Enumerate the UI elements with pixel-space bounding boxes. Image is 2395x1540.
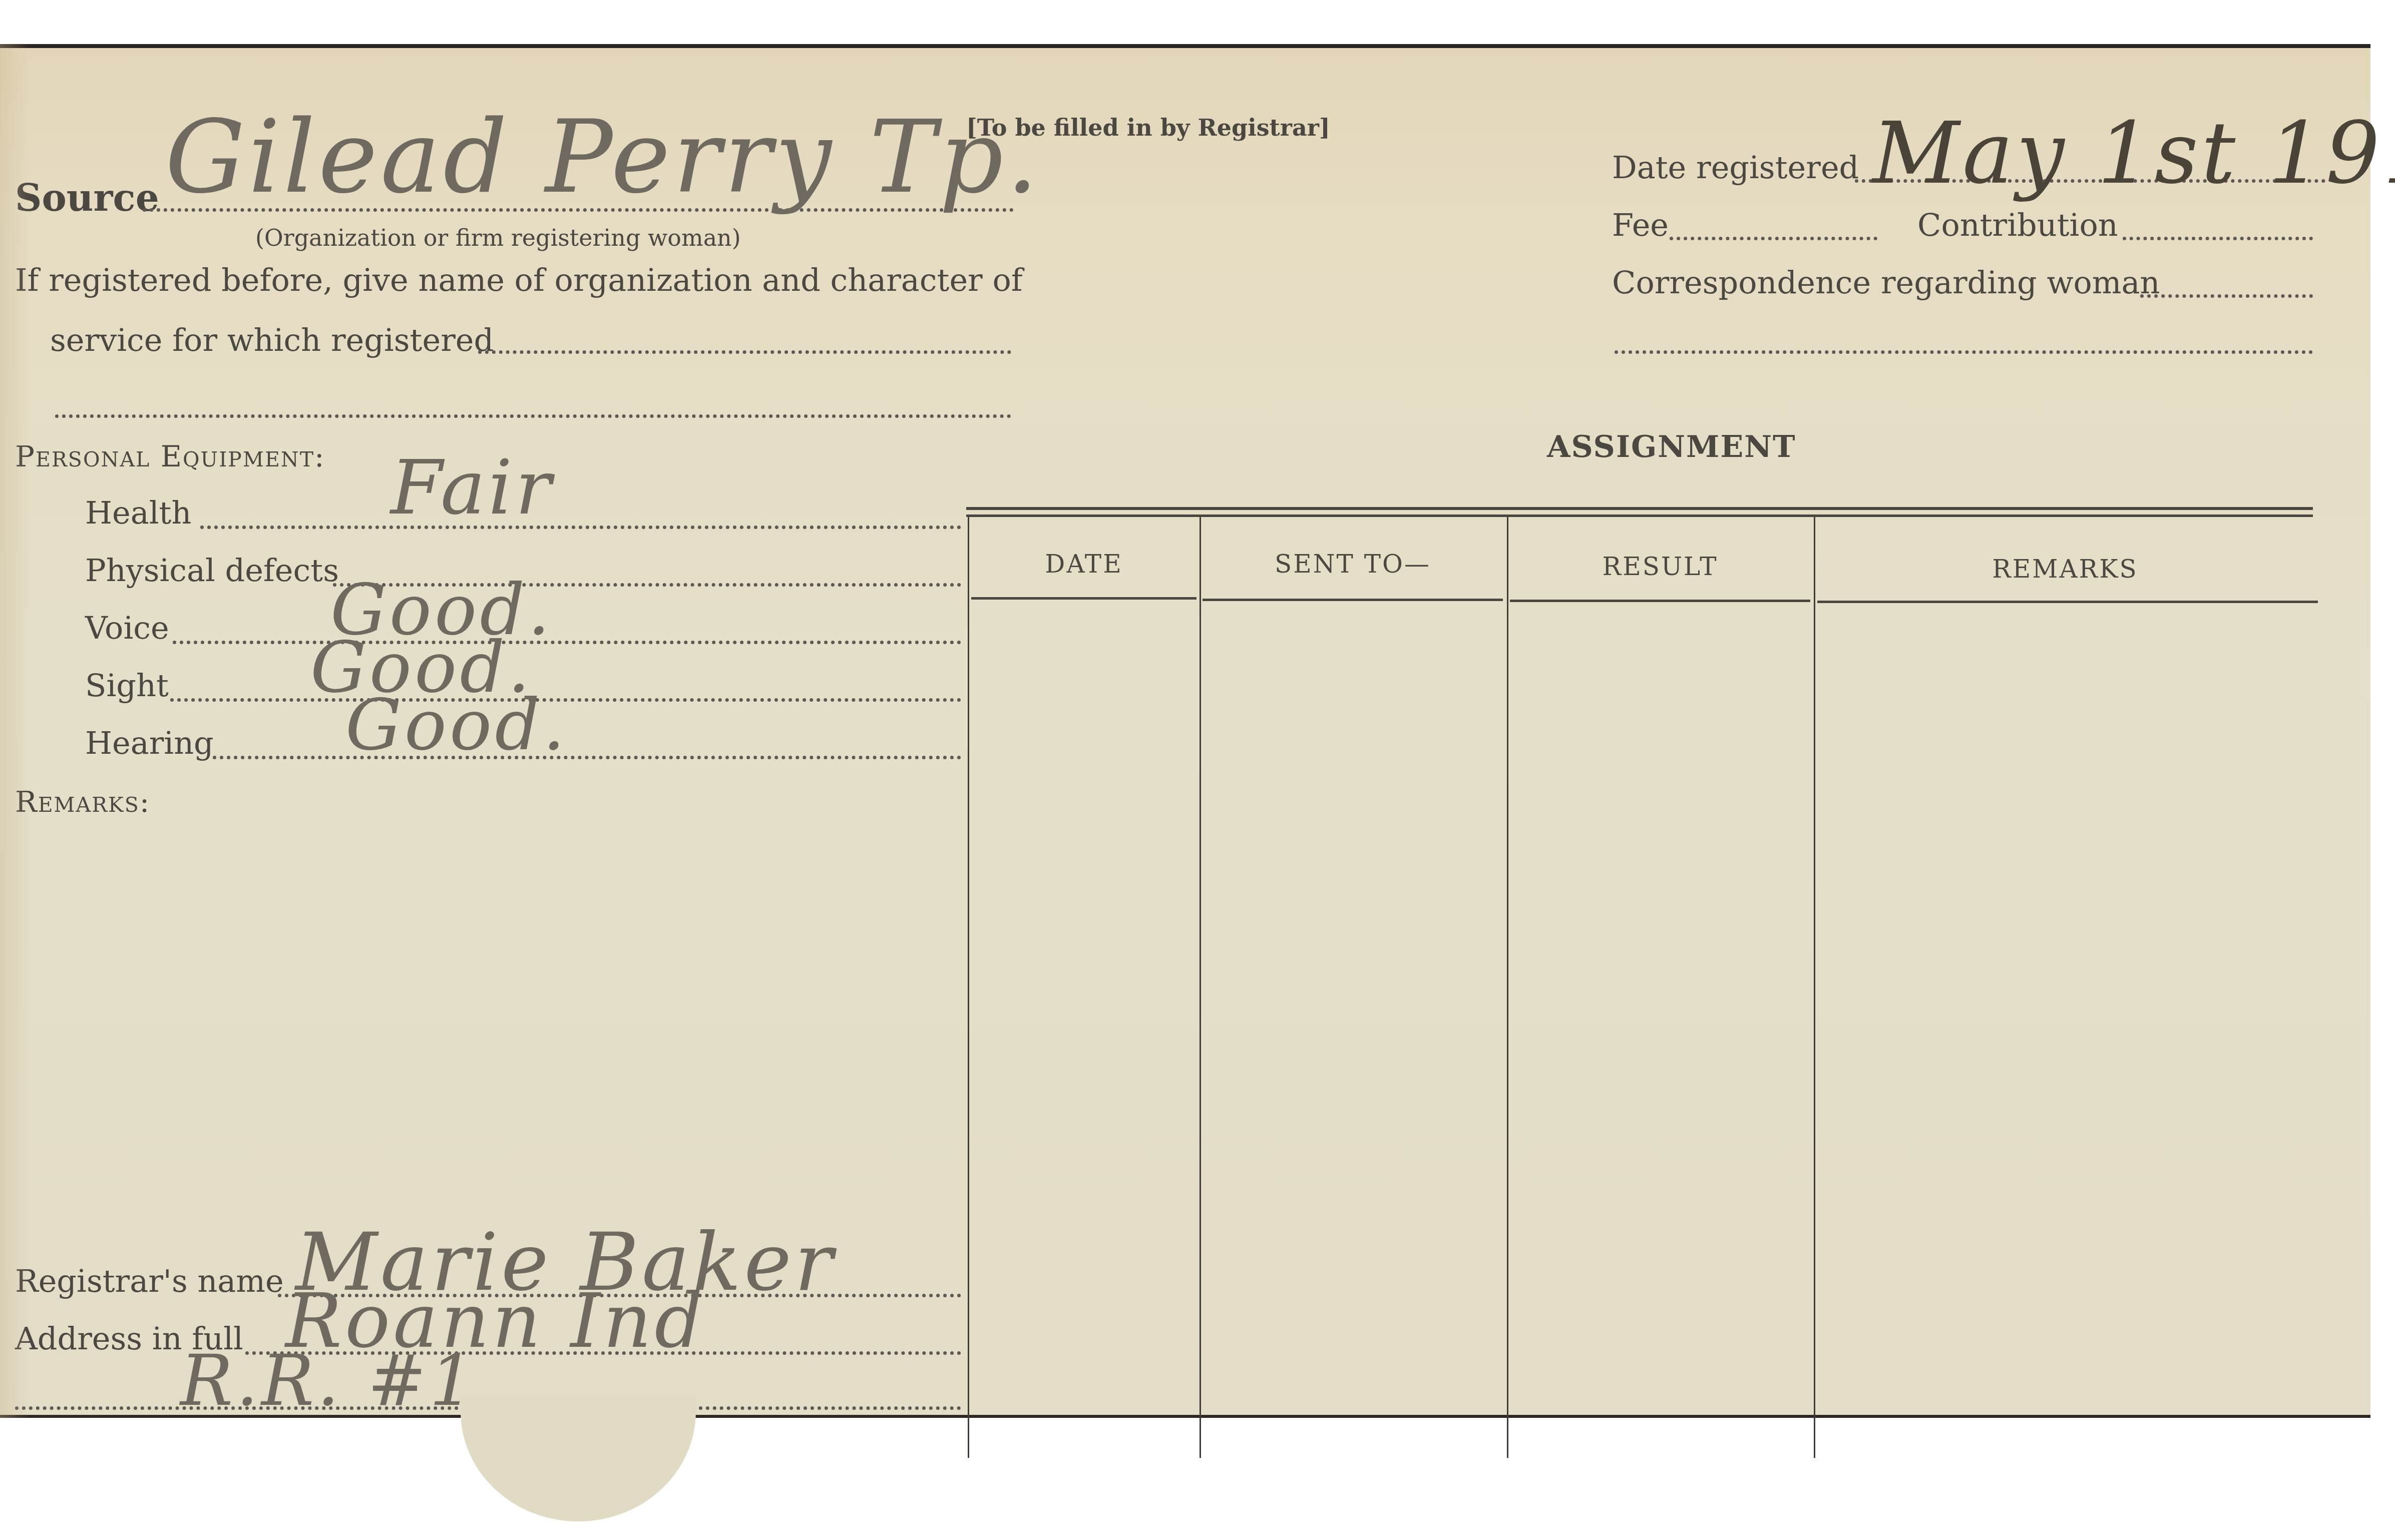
- column-header-result: RESULT: [1510, 552, 1810, 581]
- date-registered-label: Date registered: [1612, 149, 1859, 186]
- registrar-name-label: Registrar's name: [15, 1263, 284, 1299]
- table-divider-1: [1200, 517, 1201, 1458]
- column-header-date: DATE: [971, 550, 1196, 579]
- source-label: Source: [15, 177, 159, 220]
- previous-registration-line-1[interactable]: [478, 350, 1011, 354]
- remarks-heading: Remarks:: [15, 785, 150, 819]
- address-value-line2: R.R. #1.: [180, 1340, 502, 1422]
- hearing-value: Good.: [345, 685, 568, 766]
- remarks-area[interactable]: [15, 825, 956, 1235]
- header-rule-date: [971, 597, 1196, 600]
- fee-label: Fee: [1612, 207, 1669, 243]
- source-caption: (Organization or firm registering woman): [255, 224, 741, 251]
- table-top-rule: [966, 507, 2313, 510]
- correspondence-label: Correspondence regarding woman: [1612, 264, 2160, 301]
- hearing-line[interactable]: [213, 756, 961, 759]
- cell-result[interactable]: [1510, 605, 1810, 1455]
- header-rule-remarks: [1817, 601, 2318, 603]
- table-divider-3: [1814, 517, 1815, 1458]
- health-line[interactable]: [200, 526, 961, 529]
- card-index-tab: [461, 1396, 696, 1521]
- cell-sent-to[interactable]: [1203, 605, 1503, 1455]
- cell-remarks[interactable]: [1817, 605, 2318, 1455]
- header-rule-sent-to: [1203, 599, 1503, 601]
- contribution-line[interactable]: [2123, 237, 2313, 240]
- hearing-label: Hearing: [85, 725, 214, 761]
- source-value: Gilead Perry Tp.: [165, 99, 1041, 216]
- correspondence-line-1[interactable]: [2140, 294, 2313, 298]
- column-header-sent-to: SENT TO—: [1203, 550, 1503, 579]
- sight-label: Sight: [85, 667, 169, 704]
- previous-registration-line-2[interactable]: [55, 414, 1011, 418]
- table-top-rule-2: [966, 515, 2313, 517]
- registration-card: [To be filled in by Registrar] Source Gi…: [0, 44, 2370, 1418]
- personal-equipment-heading: Personal Equipment:: [15, 439, 325, 473]
- header-rule-result: [1510, 600, 1810, 602]
- table-border-left: [968, 517, 969, 1458]
- contribution-label: Contribution: [1917, 207, 2118, 243]
- fee-line[interactable]: [1670, 237, 1877, 240]
- correspondence-line-2[interactable]: [1615, 350, 2313, 354]
- health-label: Health: [85, 494, 191, 531]
- previous-registration-prompt-2: service for which registered: [50, 322, 494, 358]
- date-registered-value: May 1st 1918.: [1872, 104, 2395, 203]
- voice-label: Voice: [85, 610, 169, 646]
- cell-date[interactable]: [971, 605, 1196, 1455]
- voice-line[interactable]: [173, 641, 961, 644]
- physical-defects-label: Physical defects: [85, 552, 339, 589]
- previous-registration-prompt: If registered before, give name of organ…: [15, 262, 1023, 298]
- column-header-remarks: REMARKS: [1817, 555, 2313, 584]
- table-divider-2: [1507, 517, 1508, 1458]
- health-value: Fair: [390, 444, 554, 532]
- assignment-title: ASSIGNMENT: [1547, 429, 1796, 464]
